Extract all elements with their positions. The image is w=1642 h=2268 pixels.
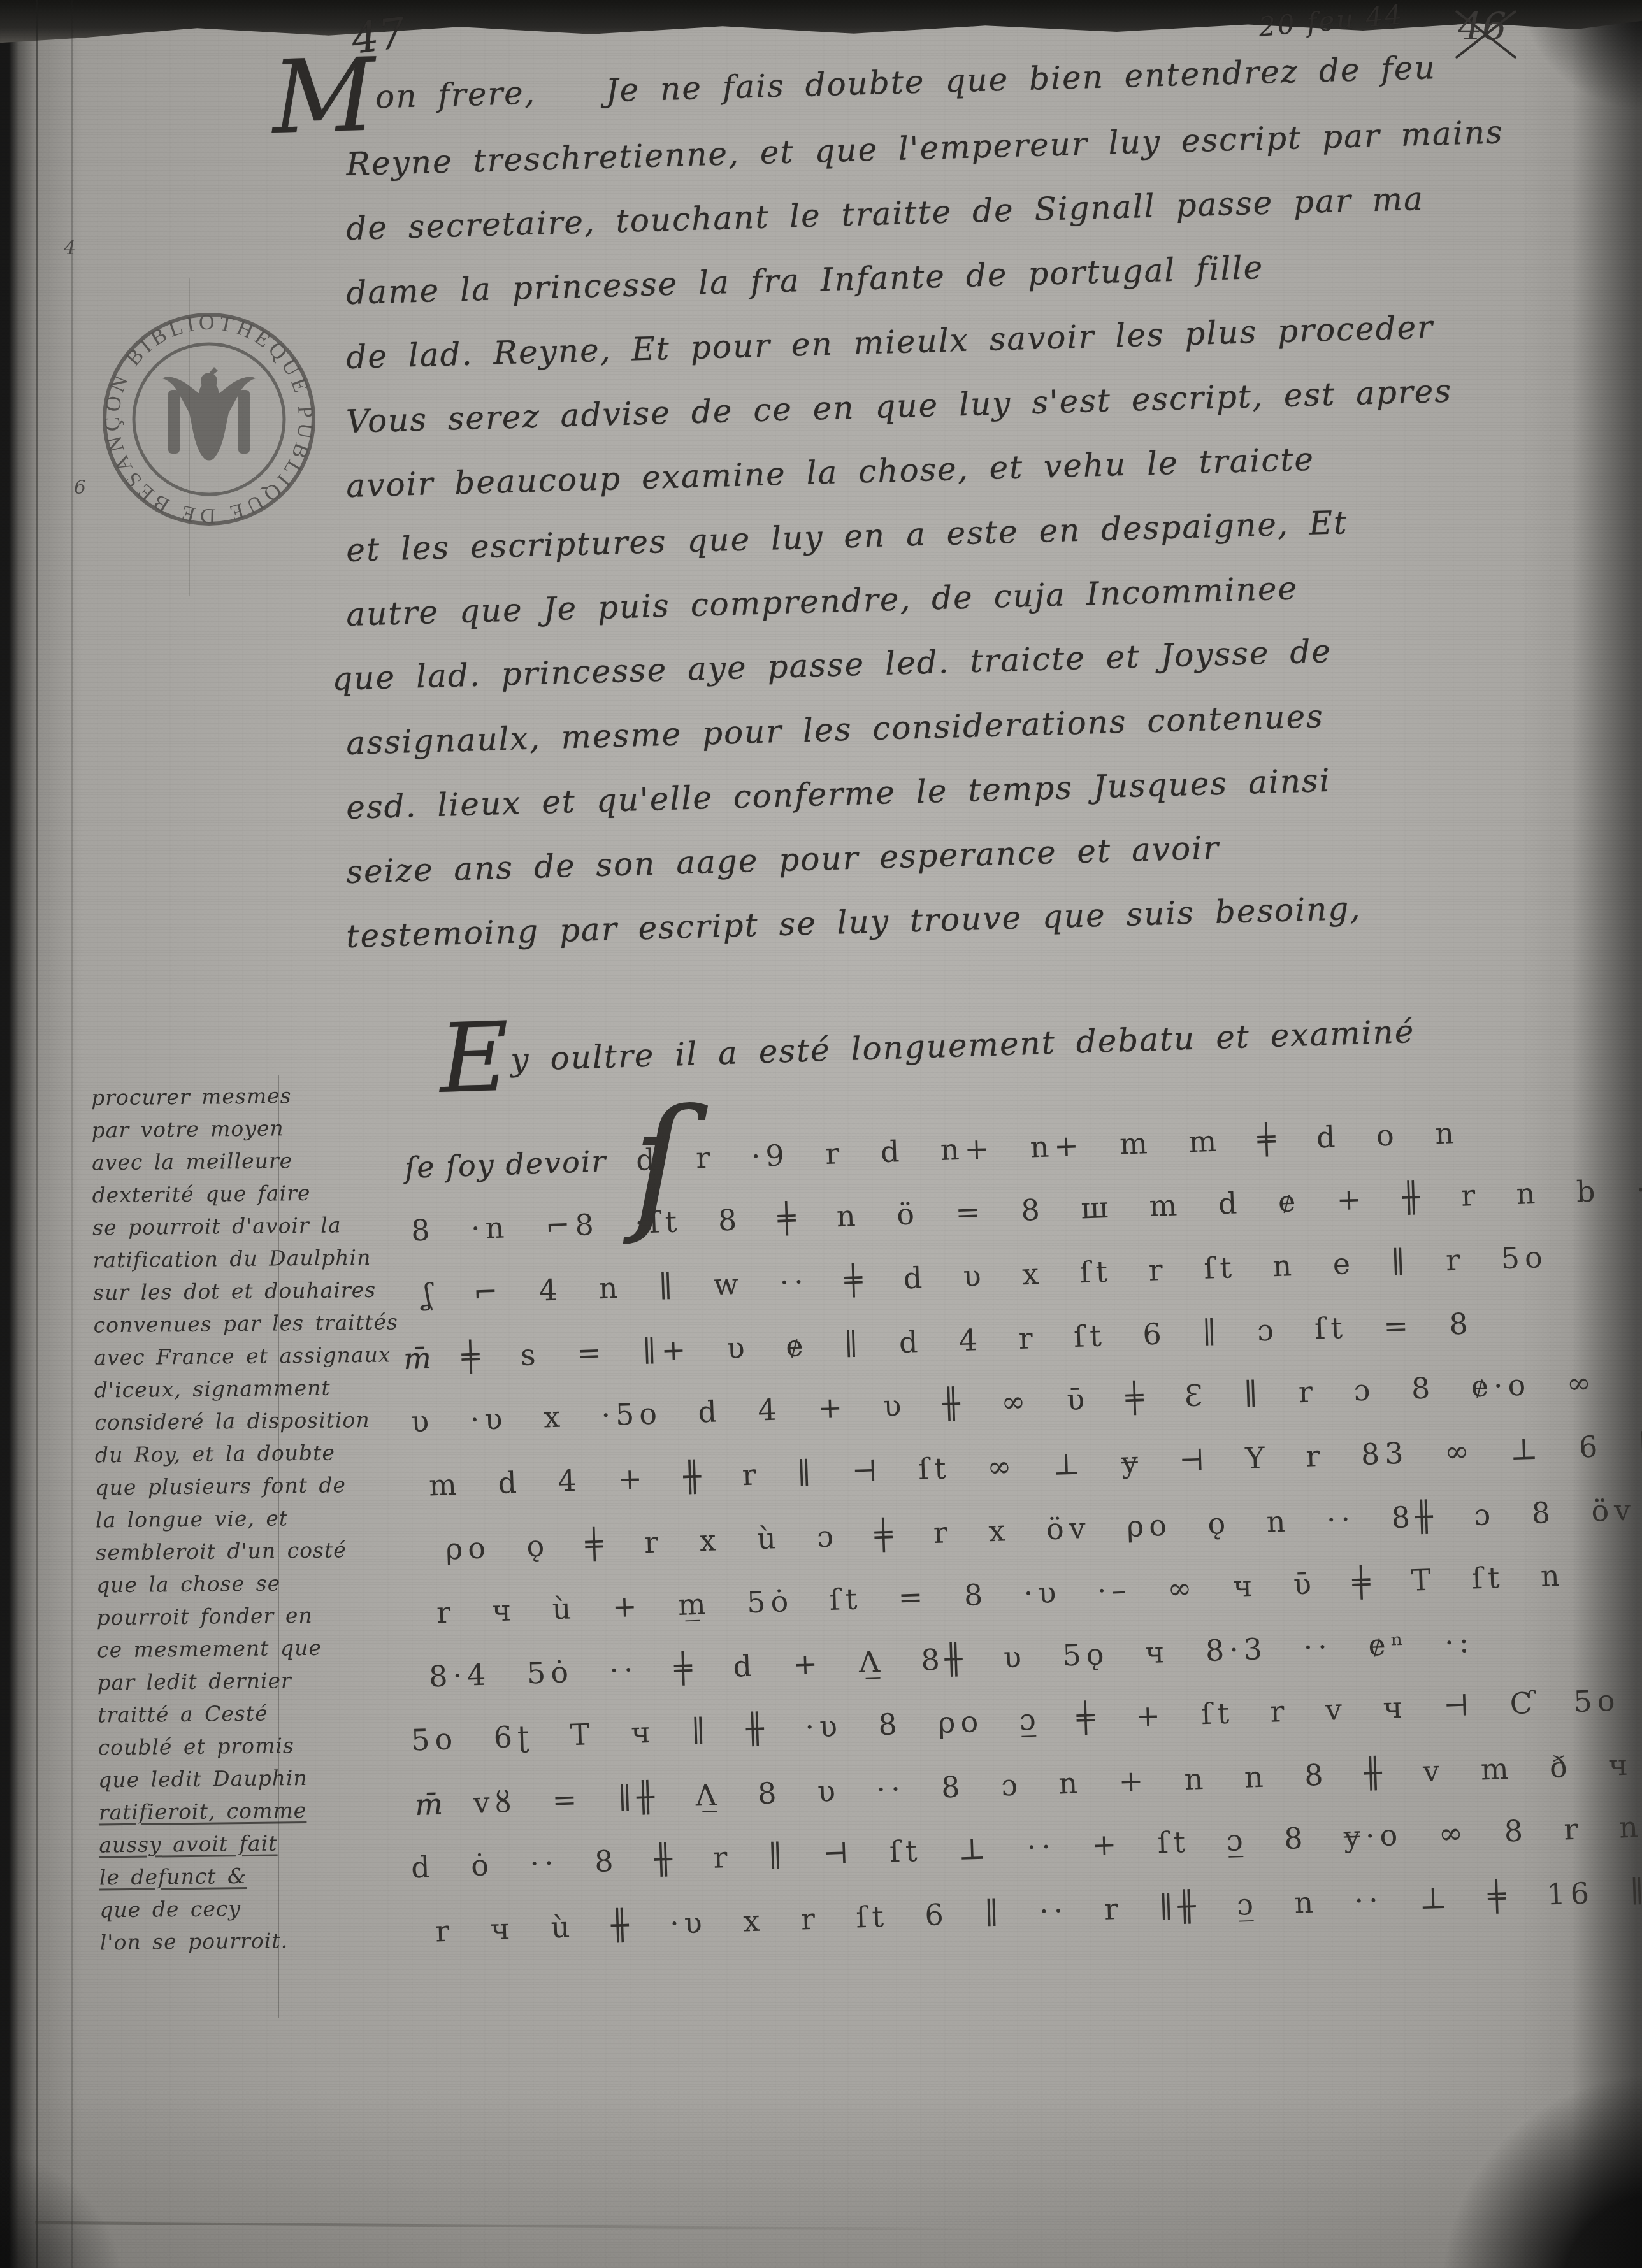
margin-note-line: ratification du Daulphin [92,1244,513,1281]
binding-fold-line [71,0,73,2268]
cipher-symbols: d r ·9 r d n+ n+ m m ╪ d o n [635,1116,1459,1177]
letter-line-text: Je ne fais doubte que bien entendrez de … [605,49,1437,109]
letter-body: Mon frere,Je ne fais doubte que bien ent… [273,82,1560,982]
marginal-mark-lower: 6 [74,477,86,499]
margin-note-line: par ledit dernier [97,1666,517,1703]
cipher-block: ſe ſoy devoird r ·9 r d n+ n+ m m ╪ d o … [382,1151,1580,1979]
second-section-opening: Ey oultre il a esté longuement debatu et… [439,1013,1415,1080]
margin-note-line: ce mesmement que [97,1633,517,1670]
salutation: on frere, [375,74,536,115]
salutation-initial: M [271,37,377,157]
margin-note-line: que la chose se [96,1568,517,1605]
margin-note-line: sembleroit d'un costé [96,1536,516,1573]
margin-note-line-underlined: le defunct & [99,1861,520,1898]
margin-note-line: l'on se pourroit. [100,1926,521,1963]
margin-note-line: convenues par les traittés [94,1309,514,1346]
margin-note-line: se pourroit d'avoir la [92,1211,513,1248]
paper-edge-bottom [35,2221,991,2230]
marginal-mark-upper: 4 [64,237,76,259]
margin-note-line: coublé et promis [97,1731,518,1768]
margin-note-line: avec France et assignaux [94,1341,514,1378]
margin-note-line-underlined: aussy avoit fait [99,1828,519,1865]
margin-note-line: d'iceux, signamment [94,1374,515,1410]
margin-note-line: que de cecy [99,1893,520,1930]
manuscript-page: 47 20 feu 44 46 BIBLIOTHEQUE PUBLIQUE DE… [0,0,1642,2268]
margin-note-line: que plusieurs font de [95,1471,515,1508]
margin-note-line: la longue vie, et [96,1504,516,1540]
margin-note-line: dexterité que faire [92,1179,512,1216]
margin-note-line: consideré la disposition [94,1406,515,1443]
margin-note-line: par votre moyen [91,1114,512,1151]
margin-notes-column: procurer mesmes par votre moyen avec la … [91,1081,521,1963]
margin-note-line: avec la meilleure [92,1146,512,1183]
salutation-gap [536,101,606,103]
margin-note-line: sur les dot et douhaires [93,1276,514,1313]
margin-note-line-underlined: ratifieroit, comme [99,1796,519,1833]
stamp-eagle-icon [162,367,256,461]
section-opening-text: y oultre il a esté longuement debatu et … [510,1013,1416,1079]
binding-fold-line [36,0,38,2268]
struck-out-folio-number: 46 [1458,5,1506,50]
margin-note-line: traitté a Cesté [97,1698,518,1735]
margin-note-line: procurer mesmes [91,1081,512,1118]
margin-note-line: que ledit Dauphin [98,1763,519,1800]
margin-note-line: du Roy, et la doubte [95,1439,515,1475]
margin-note-line: pourroit fonder en [96,1601,517,1638]
